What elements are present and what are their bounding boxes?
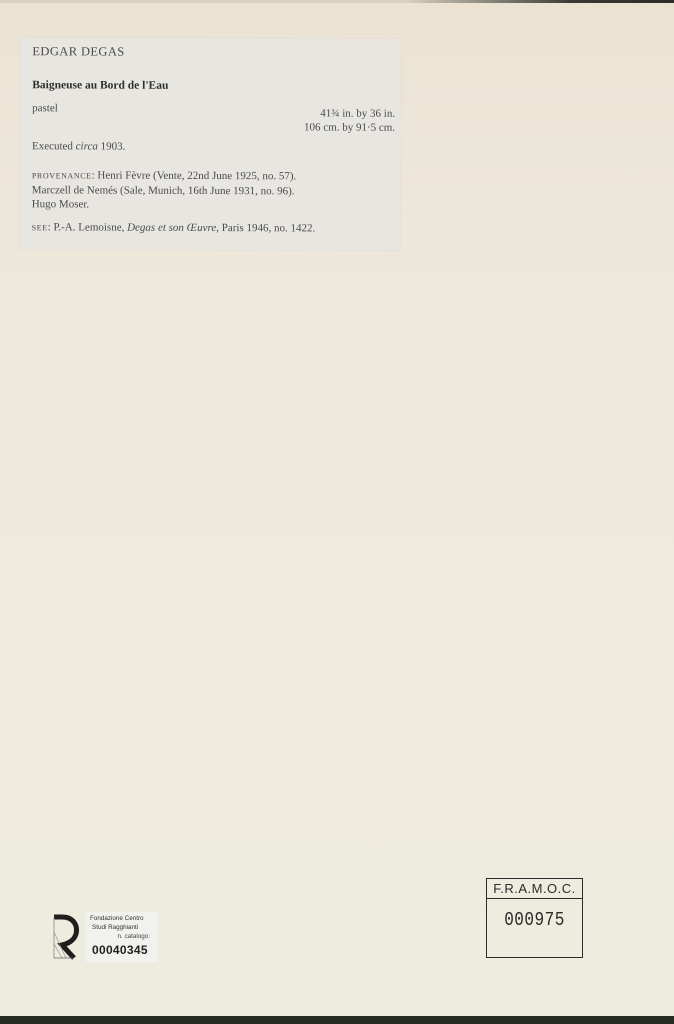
executed-prefix: Executed	[32, 140, 76, 152]
dimensions-cm: 106 cm. by 91·5 cm.	[304, 120, 395, 134]
provenance-entry-3: Hugo Moser.	[32, 197, 297, 212]
executed-year: 1903.	[98, 141, 126, 153]
catalog-sticker: Fondazione Centro Studi Ragghianti n. ca…	[86, 912, 158, 962]
fondazione-name-line2: Studi Ragghianti	[92, 924, 138, 931]
see-suffix: , Paris 1946, no. 1422.	[216, 222, 315, 234]
execution-date: Executed circa 1903.	[32, 140, 125, 152]
catalog-number: 00040345	[92, 943, 148, 957]
dimensions-inches: 41¾ in. by 36 in.	[304, 106, 395, 120]
literature-reference: See: P.-A. Lemoisne, Degas et son Œuvre,…	[32, 221, 316, 234]
scan-top-edge	[0, 0, 674, 3]
provenance-block: Provenance: Henri Fèvre (Vente, 22nd Jun…	[32, 168, 297, 212]
catalog-label: n. catalogo:	[117, 933, 150, 940]
artwork-medium: pastel	[32, 102, 58, 114]
catalogue-label-card: EDGAR DEGAS Baigneuse au Bord de l'Eau p…	[20, 37, 402, 251]
executed-circa: circa	[76, 140, 98, 152]
fondazione-stamp: Fondazione Centro Studi Ragghianti n. ca…	[52, 912, 160, 964]
provenance-label: Provenance	[32, 171, 92, 180]
fondazione-name-line1: Fondazione Centro	[90, 915, 144, 922]
see-book-title: Degas et son Œuvre	[127, 222, 216, 234]
framoc-number: 000975	[487, 910, 582, 929]
scan-bottom-edge	[0, 1016, 674, 1024]
framoc-header: F.R.A.M.O.C.	[487, 879, 582, 899]
see-label: See	[32, 223, 48, 232]
artwork-title: Baigneuse au Bord de l'Eau	[32, 79, 168, 92]
provenance-line: Provenance: Henri Fèvre (Vente, 22nd Jun…	[32, 168, 297, 184]
framoc-stamp: F.R.A.M.O.C. 000975	[486, 878, 583, 958]
ragghianti-r-logo-icon	[52, 914, 80, 960]
artist-name: EDGAR DEGAS	[32, 44, 124, 59]
see-prefix: : P.-A. Lemoisne,	[48, 221, 128, 233]
provenance-entry-1: : Henri Fèvre (Vente, 22nd June 1925, no…	[92, 169, 297, 182]
provenance-entry-2: Marczell de Nemés (Sale, Munich, 16th Ju…	[32, 183, 297, 198]
archive-page: EDGAR DEGAS Baigneuse au Bord de l'Eau p…	[0, 0, 674, 1024]
artwork-dimensions: 41¾ in. by 36 in. 106 cm. by 91·5 cm.	[304, 106, 395, 134]
